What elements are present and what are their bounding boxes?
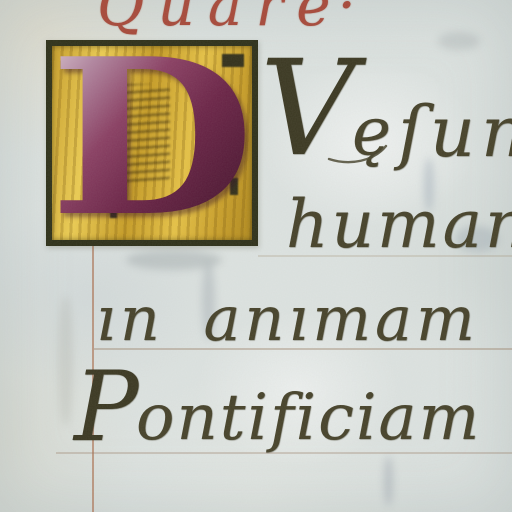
text-line-3: ın anımam ıuſ — [96, 288, 512, 350]
illuminated-initial-block: D — [46, 40, 258, 246]
text-line-4-capital: P — [74, 359, 139, 455]
e-cauda-flourish — [326, 144, 388, 168]
rubric-heading: Quare· — [97, 0, 356, 34]
parchment-shading — [58, 296, 73, 426]
show-through-smudge — [438, 32, 480, 50]
text-line-2: humana — [286, 192, 512, 258]
text-line-1-word: ſun — [398, 97, 512, 167]
illuminated-initial-letter: D — [49, 30, 254, 245]
manuscript-page: Quare· D V ę ſun humana ın anımam ıuſ P … — [0, 0, 512, 512]
text-line-4-rest: ontificiam atq — [136, 386, 512, 450]
show-through-smudge — [384, 456, 393, 506]
